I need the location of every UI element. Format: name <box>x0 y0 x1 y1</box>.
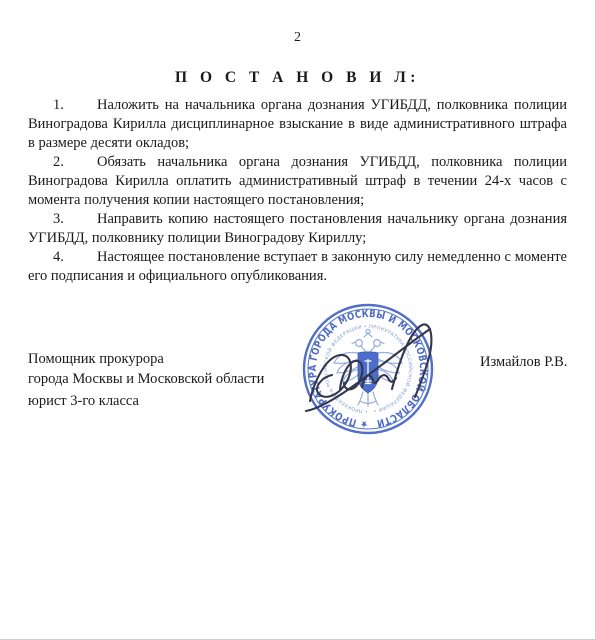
signatory-title-line: Помощник прокурора <box>28 349 264 369</box>
resolution-item-1: 1.Наложить на начальника органа дознания… <box>28 96 567 153</box>
item-text: Обязать начальника органа дознания УГИБД… <box>28 154 567 208</box>
item-text: Настоящее постановление вступает в закон… <box>28 249 567 284</box>
signatory-rank-line: юрист 3-го класса <box>28 391 264 411</box>
resolution-item-2: 2.Обязать начальника органа дознания УГИ… <box>28 153 567 210</box>
item-number: 1. <box>53 96 97 115</box>
document-page: 2 П О С Т А Н О В И Л: 1.Наложить на нач… <box>0 0 596 640</box>
item-text: Направить копию настоящего постановления… <box>28 211 567 246</box>
document-heading: П О С Т А Н О В И Л: <box>0 68 595 87</box>
official-stamp: ★ ПРОКУРАТУРА ГОРОДА МОСКВЫ И МОСКОВСКОЙ… <box>288 289 448 449</box>
signatory-title-block: Помощник прокурора города Москвы и Моско… <box>28 349 264 411</box>
resolution-item-4: 4.Настоящее постановление вступает в зак… <box>28 248 567 286</box>
item-text: Наложить на начальника органа дознания У… <box>28 97 567 151</box>
page-number: 2 <box>0 30 595 46</box>
resolution-body: 1.Наложить на начальника органа дознания… <box>28 96 567 286</box>
item-number: 2. <box>53 153 97 172</box>
item-number: 3. <box>53 210 97 229</box>
signer-name: Измайлов Р.В. <box>480 352 567 372</box>
signatory-title-line: города Москвы и Московской области <box>28 369 264 389</box>
resolution-item-3: 3.Направить копию настоящего постановлен… <box>28 210 567 248</box>
item-number: 4. <box>53 248 97 267</box>
